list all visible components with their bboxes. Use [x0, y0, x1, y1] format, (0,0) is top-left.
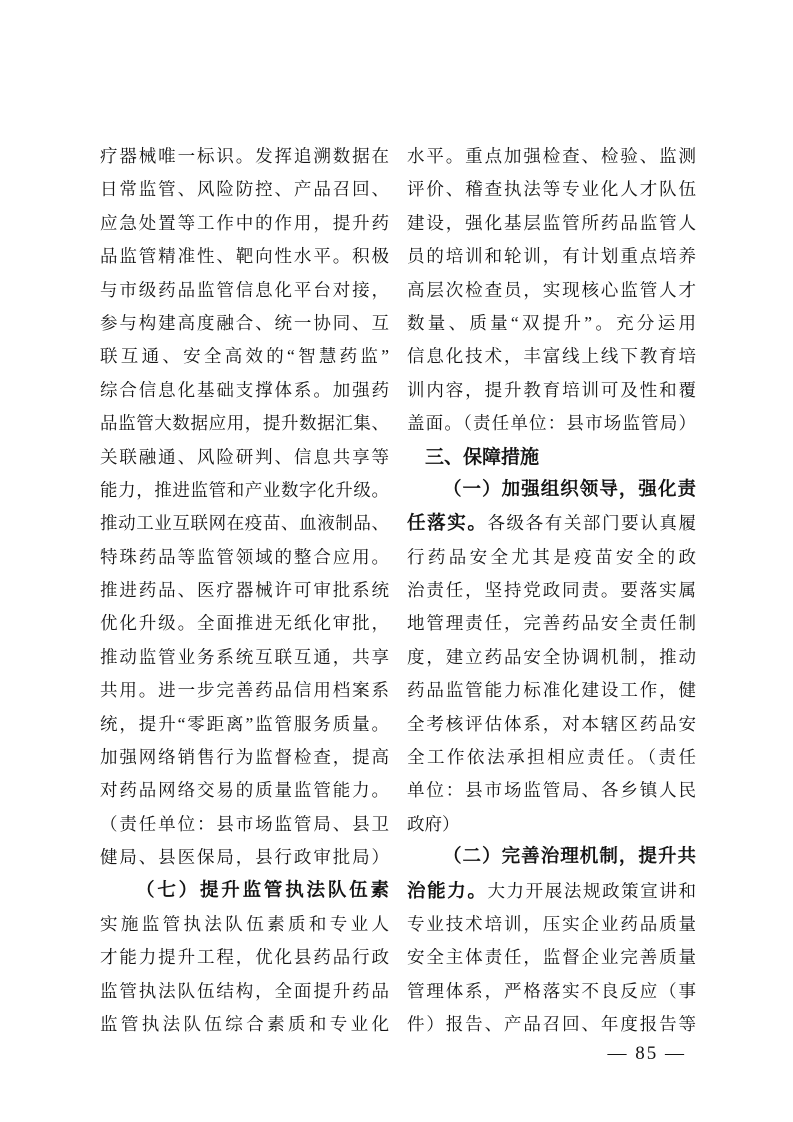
- text-line: 推动监管业务系统互联互通，共享: [100, 641, 389, 674]
- sub-heading: （一）加强组织领导，强化责: [407, 474, 696, 507]
- left-column: 疗器械唯一标识。发挥追溯数据在日常监管、风险防控、产品召回、应急处置等工作中的作…: [100, 140, 389, 1042]
- text-line: 参与构建高度融合、统一协同、互: [100, 307, 389, 340]
- text-line: 全考核评估体系，对本辖区药品安: [407, 708, 696, 741]
- text-line: 任落实。各级各有关部门要认真履: [407, 507, 696, 540]
- text-line: 全工作依法承担相应责任。（责任: [407, 741, 696, 774]
- text-line: 统，提升“零距离”监管服务质量。: [100, 708, 389, 741]
- text-line: 对药品网络交易的质量监管能力。: [100, 774, 389, 807]
- bold-lead-text: 任落实。: [407, 514, 487, 534]
- text-line: 实施监管执法队伍素质和专业人: [100, 908, 389, 941]
- sub-heading: （七）提升监管执法队伍素质。: [100, 875, 389, 908]
- text-line: 政府）: [407, 808, 696, 841]
- text-line: 行药品安全尤其是疫苗安全的政: [407, 541, 696, 574]
- right-column: 水平。重点加强检查、检验、监测评价、稽查执法等专业化人才队伍建设，强化基层监管所…: [407, 140, 696, 1042]
- text-line: 件）报告、产品召回、年度报告等: [407, 1008, 696, 1041]
- text-line: 信息化技术，丰富线上线下教育培: [407, 340, 696, 373]
- text-line: 评价、稽查执法等专业化人才队伍: [407, 173, 696, 206]
- text-line: 地管理责任，完善药品安全责任制: [407, 607, 696, 640]
- text-line: 高层次检查员，实现核心监管人才: [407, 274, 696, 307]
- text-line: 盖面。（责任单位：县市场监管局）: [407, 407, 696, 440]
- text-line: 应急处置等工作中的作用，提升药: [100, 207, 389, 240]
- text-line: 推动工业互联网在疫苗、血液制品、: [100, 507, 389, 540]
- text-line: 水平。重点加强检查、检验、监测: [407, 140, 696, 173]
- text-line: 联互通、安全高效的“智慧药监”: [100, 340, 389, 373]
- text-line: 治能力。大力开展法规政策宣讲和: [407, 875, 696, 908]
- page-number: — 85 —: [608, 1042, 687, 1066]
- text-line: 与市级药品监管信息化平台对接，: [100, 274, 389, 307]
- text-line: 建设，强化基层监管所药品监管人: [407, 207, 696, 240]
- text-line: 训内容，提升教育培训可及性和覆: [407, 374, 696, 407]
- document-page: 疗器械唯一标识。发挥追溯数据在日常监管、风险防控、产品召回、应急处置等工作中的作…: [0, 0, 793, 1122]
- text-line: 疗器械唯一标识。发挥追溯数据在: [100, 140, 389, 173]
- bold-lead-text: 治能力。: [407, 882, 487, 902]
- text-line: 健局、县医保局，县行政审批局）: [100, 841, 389, 874]
- text-line: 药品监管能力标准化建设工作，健: [407, 674, 696, 707]
- section-heading: 三、保障措施: [407, 441, 696, 474]
- text-line: 能力，推进监管和产业数字化升级。: [100, 474, 389, 507]
- text-line: 加强网络销售行为监督检查，提高: [100, 741, 389, 774]
- text-line: 关联融通、风险研判、信息共享等: [100, 441, 389, 474]
- sub-heading: （二）完善治理机制，提升共: [407, 841, 696, 874]
- text-line: 度，建立药品安全协调机制，推动: [407, 641, 696, 674]
- text-line: 推进药品、医疗器械许可审批系统: [100, 574, 389, 607]
- text-line: （责任单位：县市场监管局、县卫: [100, 808, 389, 841]
- text-line: 专业技术培训，压实企业药品质量: [407, 908, 696, 941]
- text-line: 监管执法队伍综合素质和专业化: [100, 1008, 389, 1041]
- text-line: 优化升级。全面推进无纸化审批，: [100, 607, 389, 640]
- text-line: 日常监管、风险防控、产品召回、: [100, 173, 389, 206]
- text-line: 品监管大数据应用，提升数据汇集、: [100, 407, 389, 440]
- text-line: 特珠药品等监管领域的整合应用。: [100, 541, 389, 574]
- text-line: 管理体系，严格落实不良反应（事: [407, 975, 696, 1008]
- text-line: 数量、质量“双提升”。充分运用: [407, 307, 696, 340]
- text-line: 单位：县市场监管局、各乡镇人民: [407, 774, 696, 807]
- text-line: 品监管精准性、靶向性水平。积极: [100, 240, 389, 273]
- text-line: 治责任，坚持党政同责。要落实属: [407, 574, 696, 607]
- text-line: 监管执法队伍结构，全面提升药品: [100, 975, 389, 1008]
- text-line: 员的培训和轮训，有计划重点培养: [407, 240, 696, 273]
- text-line: 共用。进一步完善药品信用档案系: [100, 674, 389, 707]
- text-line: 才能力提升工程，优化县药品行政: [100, 941, 389, 974]
- text-line: 安全主体责任，监督企业完善质量: [407, 941, 696, 974]
- text-line: 综合信息化基础支撑体系。加强药: [100, 374, 389, 407]
